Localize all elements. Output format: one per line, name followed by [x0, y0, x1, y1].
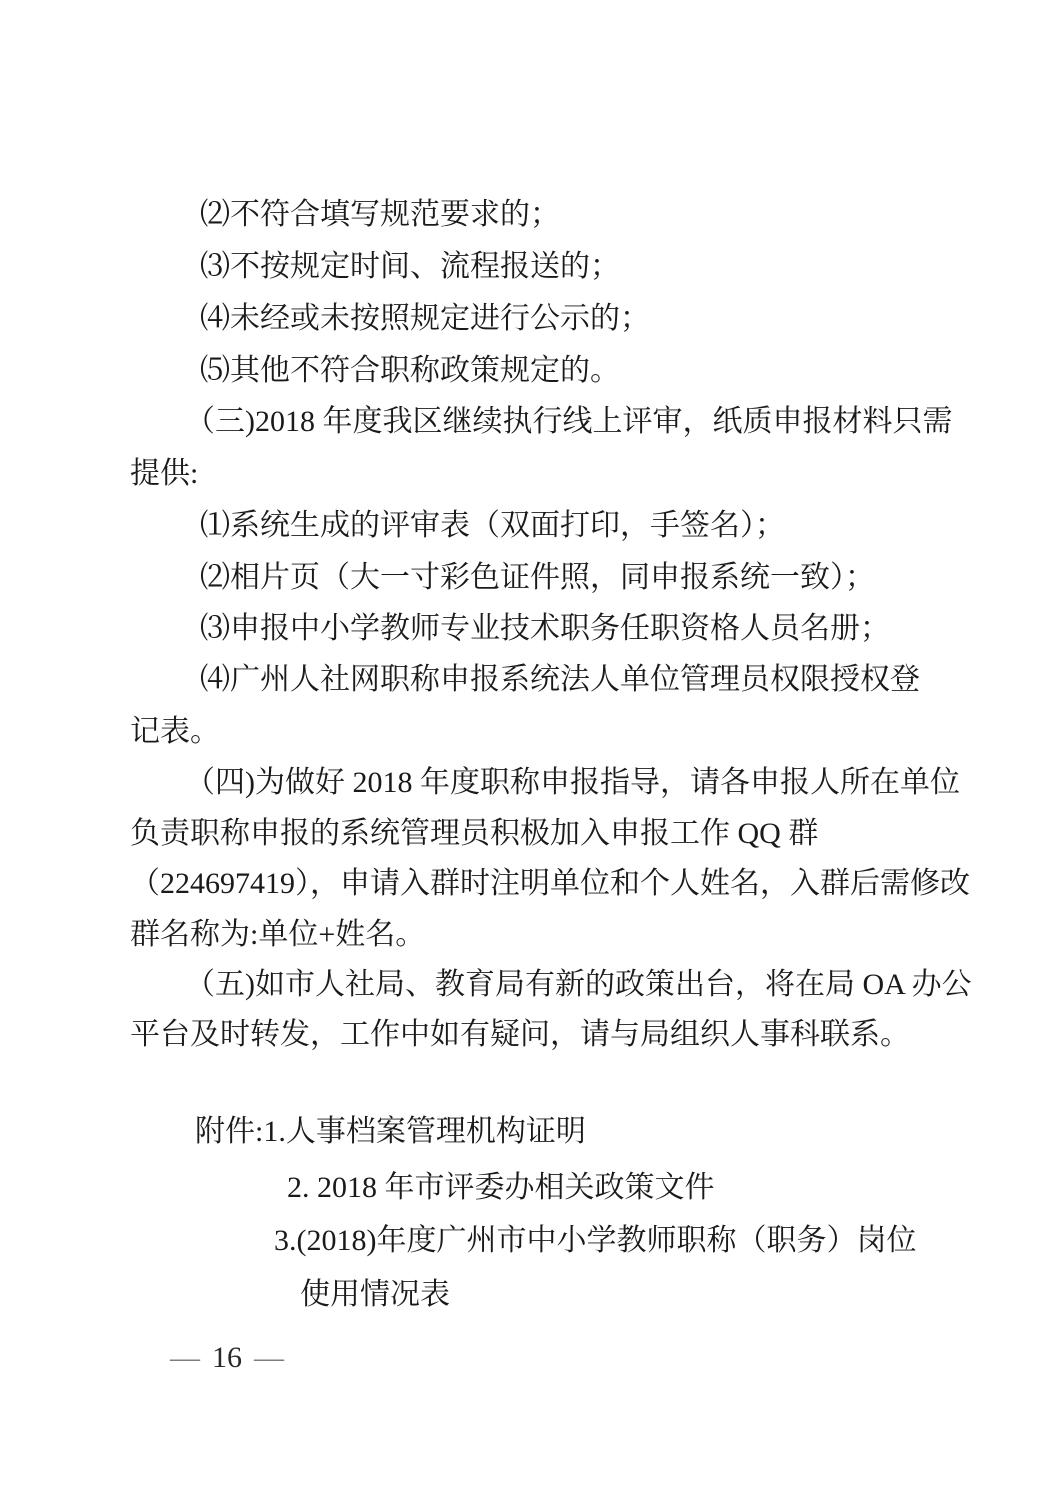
page-number-dash-left: —	[158, 1341, 212, 1374]
material-item-3: ⑶申报中小学教师专业技术职务任职资格人员名册；	[200, 607, 890, 651]
material-item-2: ⑵相片页（大一寸彩色证件照，同申报系统一致）；	[200, 556, 875, 600]
section-4-line-3: （224697419），申请入群时注明单位和个人姓名，入群后需修改	[130, 862, 970, 906]
document-page: ⑵不符合填写规范要求的； ⑶不按规定时间、流程报送的； ⑷未经或未按照规定进行公…	[0, 0, 1058, 1497]
material-item-4: ⑷广州人社网职称申报系统法人单位管理员权限授权登	[200, 658, 920, 702]
page-number: —16—	[158, 1340, 296, 1376]
section-5-line-2: 平台及时转发，工作中如有疑问，请与局组织人事科联系。	[130, 1013, 910, 1057]
rejection-item-3: ⑶不按规定时间、流程报送的；	[200, 245, 620, 289]
section-3-heading-line: （三)2018 年度我区继续执行线上评审，纸质申报材料只需	[185, 400, 953, 444]
section-4-heading-line: （四)为做好 2018 年度职称申报指导，请各申报人所在单位	[185, 761, 960, 805]
rejection-item-4: ⑷未经或未按照规定进行公示的；	[200, 297, 650, 341]
material-item-4-wrap: 记表。	[130, 710, 220, 754]
attachments-item-3-wrap: 使用情况表	[300, 1273, 450, 1317]
attachments-item-3: 3.(2018)年度广州市中小学教师职称（职务）岗位	[274, 1219, 916, 1263]
page-number-value: 16	[212, 1341, 242, 1374]
material-item-1: ⑴系统生成的评审表（双面打印，手签名）；	[200, 504, 785, 548]
page-number-dash-right: —	[242, 1341, 296, 1374]
section-5-heading-line: （五)如市人社局、教育局有新的政策出台，将在局 OA 办公	[185, 963, 972, 1007]
rejection-item-2: ⑵不符合填写规范要求的；	[200, 193, 560, 237]
section-3-continuation: 提供:	[130, 452, 198, 496]
attachments-item-2: 2. 2018 年市评委办相关政策文件	[287, 1166, 715, 1210]
attachments-label-item-1: 附件:1.人事档案管理机构证明	[195, 1110, 586, 1154]
section-4-line-4: 群名称为:单位+姓名。	[130, 913, 425, 957]
rejection-item-5: ⑸其他不符合职称政策规定的。	[200, 349, 620, 393]
section-4-line-2: 负责职称申报的系统管理员积极加入申报工作 QQ 群	[130, 812, 818, 856]
